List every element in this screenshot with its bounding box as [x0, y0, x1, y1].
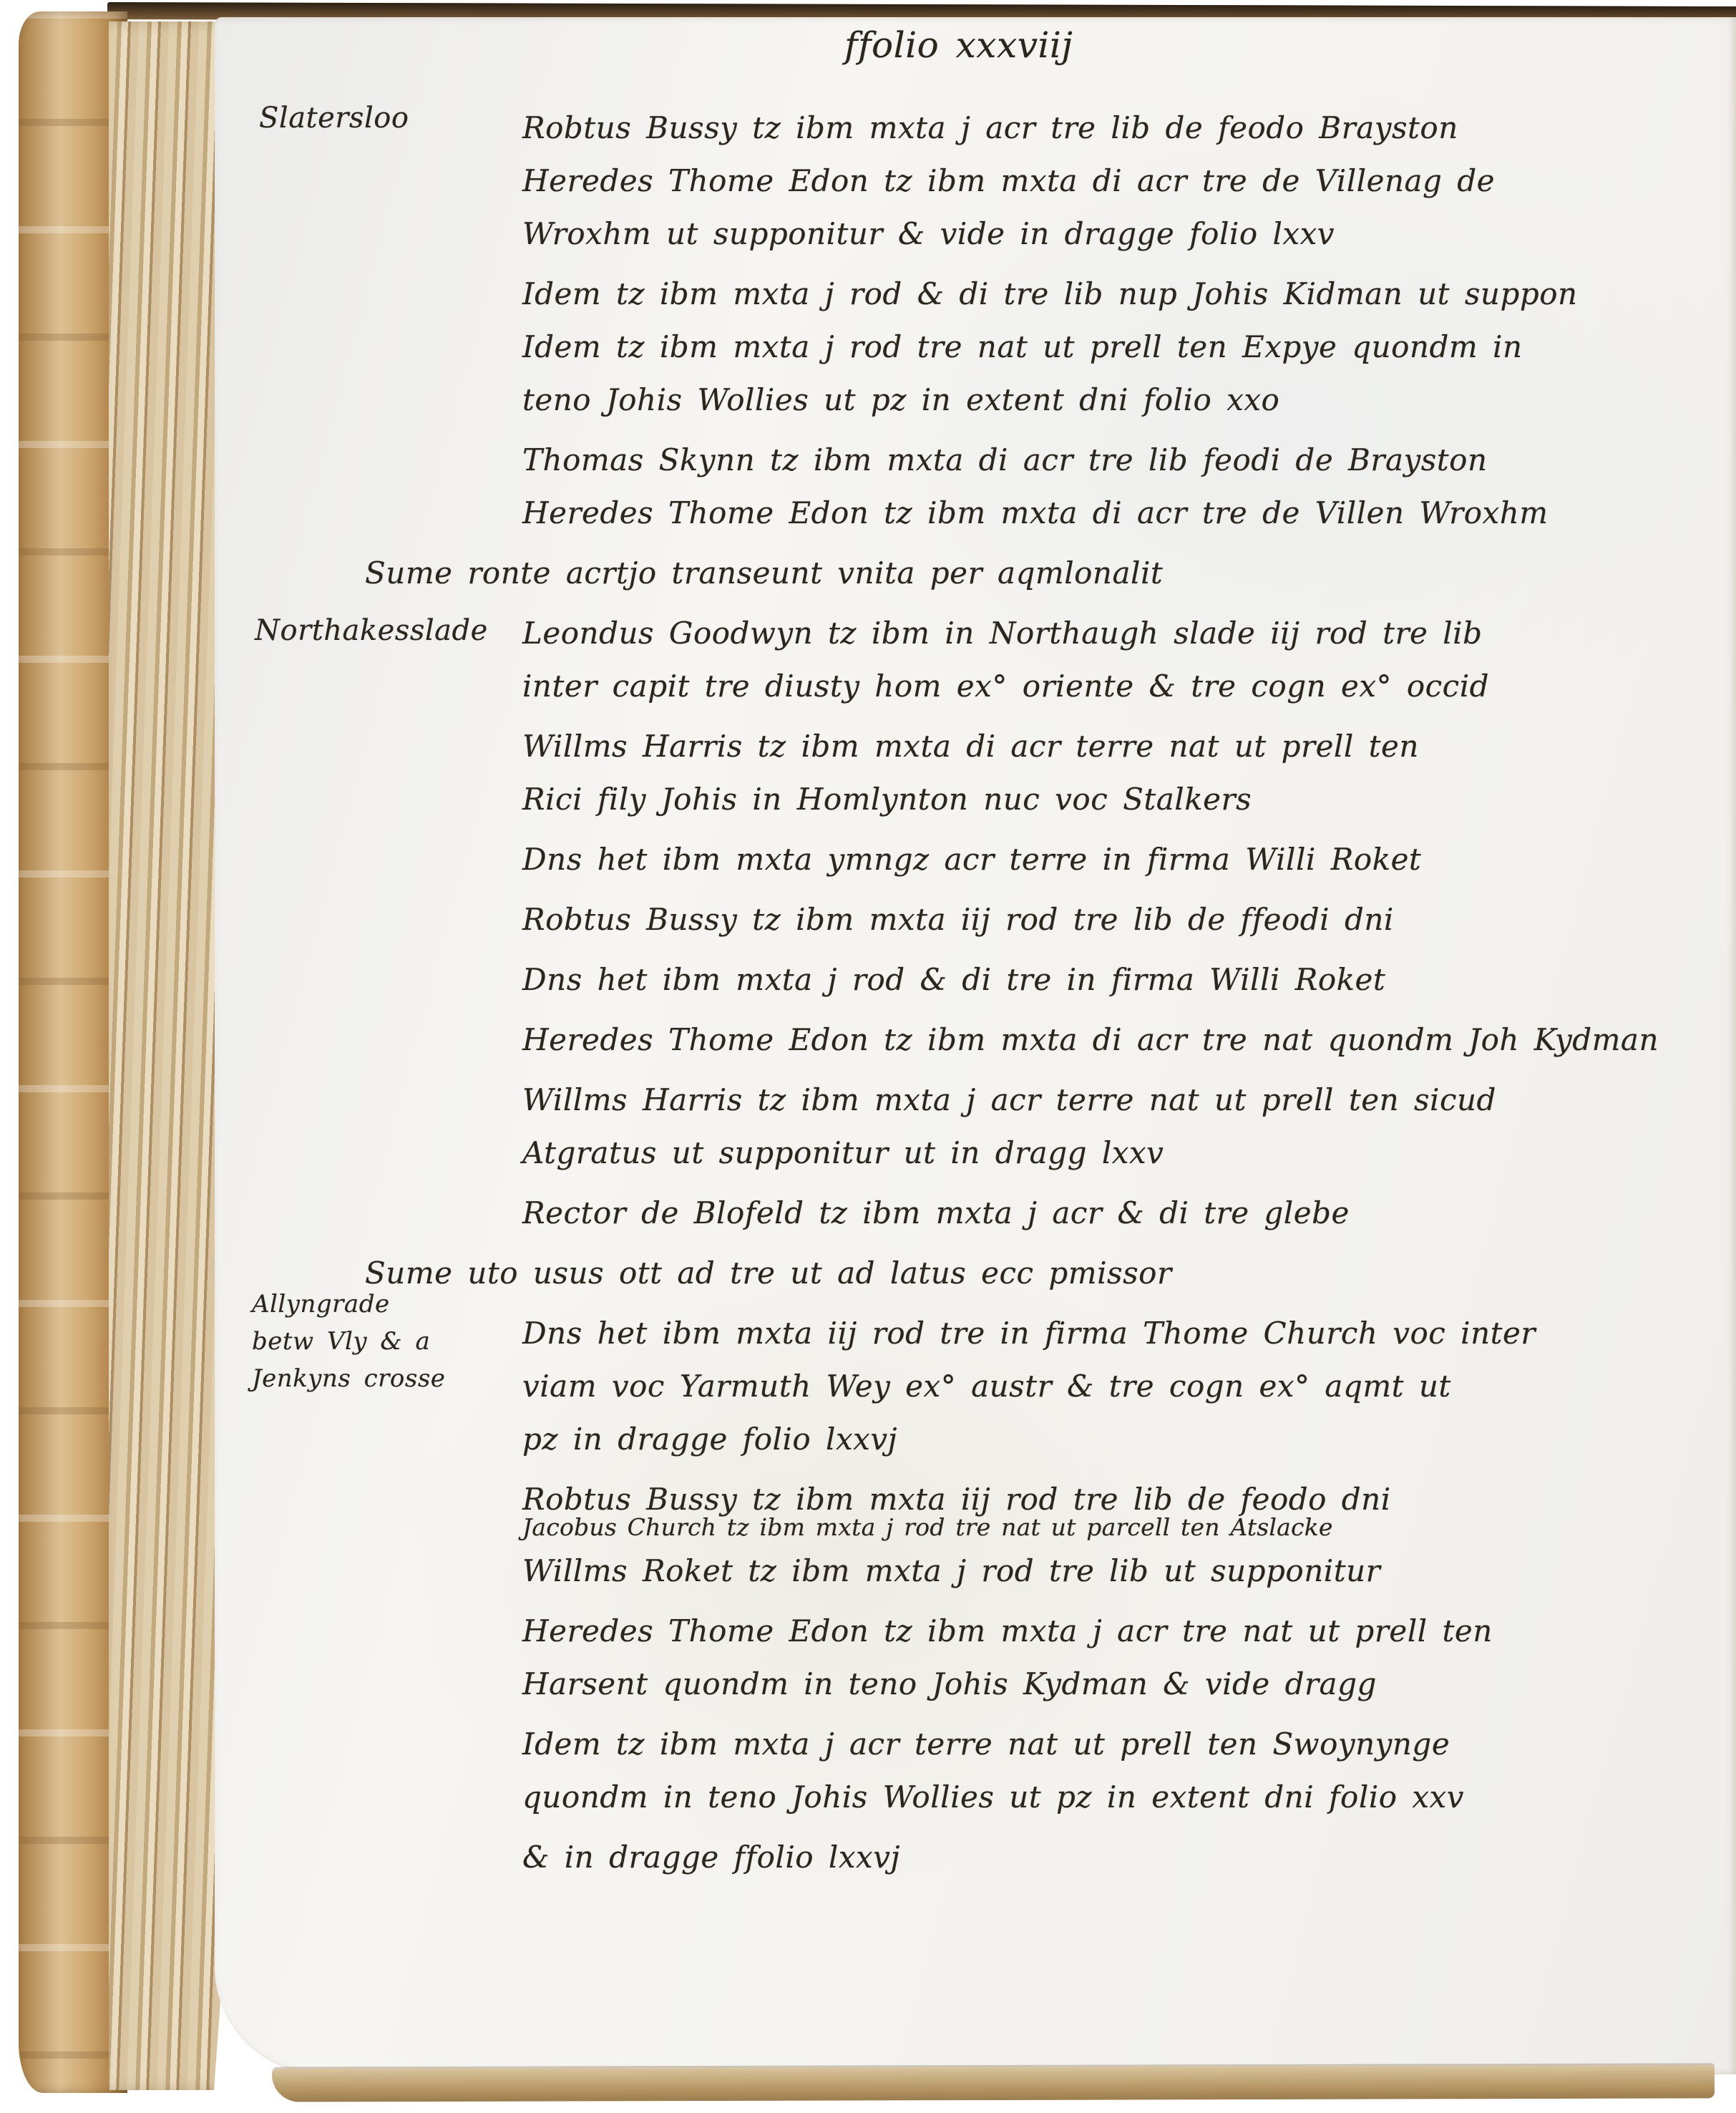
transcript-entry: Thomas Skynn tz ibm mxta di acr tre lib …	[522, 434, 1736, 540]
transcript-line: Heredes Thome Edon tz ibm mxta di acr tr…	[522, 155, 1736, 208]
folio-heading: ffolio xxxviij	[844, 24, 1073, 66]
margin-note-line: Slatersloo	[259, 97, 409, 139]
transcript-entry: Dns het ibm mxta j rod & di tre in firma…	[522, 953, 1736, 1006]
transcript-line: Willms Roket tz ibm mxta j rod tre lib u…	[522, 1545, 1736, 1598]
transcript-line: Rici fily Johis in Homlynton nuc voc Sta…	[522, 773, 1736, 826]
transcript-line: Robtus Bussy tz ibm mxta j acr tre lib d…	[522, 102, 1736, 155]
transcript-line: pz in dragge folio lxxvj	[522, 1413, 1736, 1466]
transcript-line: viam voc Yarmuth Wey ex° austr & tre cog…	[522, 1360, 1736, 1413]
transcript-entry: Sume uto usus ott ad tre ut ad latus ecc…	[365, 1247, 1736, 1300]
transcript-entry: Willms Harris tz ibm mxta di acr terre n…	[522, 720, 1736, 826]
transcript-entry: Sume ronte acrtjo transeunt vnita per aq…	[365, 547, 1736, 600]
transcript-line: teno Johis Wollies ut pz in extent dni f…	[522, 374, 1736, 427]
transcript-line: Atgratus ut supponitur ut in dragg lxxv	[522, 1127, 1736, 1180]
transcript-line: Sume uto usus ott ad tre ut ad latus ecc…	[365, 1247, 1736, 1300]
book-bottom-page-edge	[272, 2065, 1715, 2102]
transcript-entry: Willms Roket tz ibm mxta j rod tre lib u…	[522, 1545, 1736, 1598]
transcript-line: Harsent quondm in teno Johis Kydman & vi…	[522, 1658, 1736, 1711]
transcript-line: Willms Harris tz ibm mxta di acr terre n…	[522, 720, 1736, 773]
transcript-entry: Willms Harris tz ibm mxta j acr terre na…	[522, 1074, 1736, 1180]
transcript-line: Willms Harris tz ibm mxta j acr terre na…	[522, 1074, 1736, 1127]
transcript-line: Heredes Thome Edon tz ibm mxta di acr tr…	[522, 487, 1736, 540]
transcript-column: Robtus Bussy tz ibm mxta j acr tre lib d…	[522, 102, 1736, 1891]
transcript-line: inter capit tre diusty hom ex° oriente &…	[522, 660, 1736, 713]
transcript-entry: Leondus Goodwyn tz ibm in Northaugh slad…	[522, 607, 1736, 713]
transcript-entry: Heredes Thome Edon tz ibm mxta di acr tr…	[522, 1014, 1736, 1067]
manuscript-scan: ffolio xxxviij Slatersloo Northakesslade…	[0, 0, 1736, 2113]
transcript-line: Heredes Thome Edon tz ibm mxta di acr tr…	[522, 1014, 1736, 1067]
transcript-line: Dns het ibm mxta j rod & di tre in firma…	[522, 953, 1736, 1006]
transcript-line: Jacobus Church tz ibm mxta j rod tre nat…	[522, 1512, 1736, 1543]
margin-note-allyngrade: Allyngradebetw Vly & aJenkyns crosse	[252, 1286, 445, 1397]
transcript-entry: Rector de Blofeld tz ibm mxta j acr & di…	[522, 1187, 1736, 1240]
transcript-line: Wroxhm ut supponitur & vide in dragge fo…	[522, 208, 1736, 261]
transcript-entry: & in dragge ffolio lxxvj	[522, 1831, 1736, 1884]
transcript-line: Dns het ibm mxta iij rod tre in firma Th…	[522, 1307, 1736, 1360]
transcript-line: Idem tz ibm mxta j acr terre nat ut prel…	[522, 1718, 1736, 1771]
margin-note-slatersloo: Slatersloo	[259, 97, 409, 139]
transcript-line: Dns het ibm mxta ymngz acr terre in firm…	[522, 833, 1736, 886]
transcript-line: Robtus Bussy tz ibm mxta iij rod tre lib…	[522, 893, 1736, 946]
transcript-line: Idem tz ibm mxta j rod tre nat ut prell …	[522, 321, 1736, 374]
transcript-entry: Idem tz ibm mxta j rod & di tre lib nup …	[522, 268, 1736, 427]
margin-note-northakesslade: Northakesslade	[255, 610, 488, 651]
transcript-entry: Robtus Bussy tz ibm mxta iij rod tre lib…	[522, 893, 1736, 946]
transcript-line: Heredes Thome Edon tz ibm mxta j acr tre…	[522, 1605, 1736, 1658]
transcript-line: Leondus Goodwyn tz ibm in Northaugh slad…	[522, 607, 1736, 660]
transcript-entry: Jacobus Church tz ibm mxta j rod tre nat…	[522, 1512, 1736, 1543]
manuscript-sheet: ffolio xxxviij Slatersloo Northakesslade…	[215, 17, 1736, 2074]
transcript-line: Idem tz ibm mxta j rod & di tre lib nup …	[522, 268, 1736, 321]
transcript-line: Sume ronte acrtjo transeunt vnita per aq…	[365, 547, 1736, 600]
transcript-entry: Idem tz ibm mxta j acr terre nat ut prel…	[522, 1718, 1736, 1824]
transcript-entry: Heredes Thome Edon tz ibm mxta j acr tre…	[522, 1605, 1736, 1711]
transcript-line: Thomas Skynn tz ibm mxta di acr tre lib …	[522, 434, 1736, 487]
transcript-line: quondm in teno Johis Wollies ut pz in ex…	[522, 1771, 1736, 1824]
transcript-line: & in dragge ffolio lxxvj	[522, 1831, 1736, 1884]
margin-note-line: Jenkyns crosse	[252, 1360, 445, 1397]
margin-note-line: betw Vly & a	[252, 1323, 445, 1360]
transcript-entry: Robtus Bussy tz ibm mxta j acr tre lib d…	[522, 102, 1736, 261]
margin-note-line: Northakesslade	[255, 610, 488, 651]
transcript-line: Rector de Blofeld tz ibm mxta j acr & di…	[522, 1187, 1736, 1240]
transcript-entry: Dns het ibm mxta iij rod tre in firma Th…	[522, 1307, 1736, 1466]
transcript-entry: Dns het ibm mxta ymngz acr terre in firm…	[522, 833, 1736, 886]
